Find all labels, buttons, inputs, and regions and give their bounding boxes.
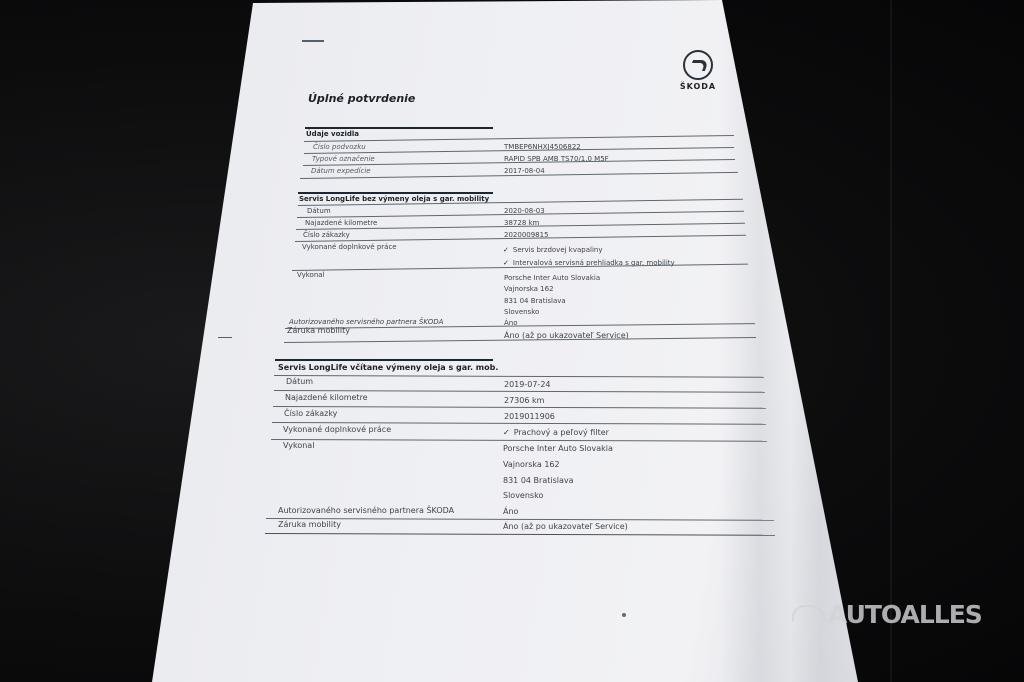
row-divider [274,375,764,378]
service-record-document: Úplné potvrdenie ŠKODA Údaje vozidla Čís… [0,0,1024,682]
extra-work-text: Servis brzdovej kvapaliny [513,246,603,254]
paper-spot [622,613,626,617]
skoda-winged-arrow-icon [683,50,713,80]
order-value: 2019011906 [504,412,555,421]
checkmark-icon: ✓ [503,246,509,254]
km-value: 27306 km [504,396,544,405]
performed-by-line: Porsche Inter Auto Slovakia [504,274,600,282]
fold-mark [218,337,232,338]
row-divider [273,406,766,409]
checkmark-icon: ✓ [503,428,510,437]
autoalles-watermark: AUTOALLES [792,600,982,629]
order-label: Číslo zákazky [284,409,337,418]
performed-by-label: Vykonal [297,271,325,279]
extra-work-item: ✓Prachový a peľový filter [503,428,609,437]
section-bar [305,127,493,129]
km-label: Najazdené kilometre [285,393,368,402]
performed-by-line: Porsche Inter Auto Slovakia [503,444,613,453]
performed-by-line: 831 04 Bratislava [504,297,566,305]
section-heading: Servis LongLife včítane výmeny oleja s g… [278,363,498,372]
partner-label: Autorizovaného servisného partnera ŠKODA [289,318,443,326]
date-label: Dátum [286,377,313,386]
mobility-label: Záruka mobility [287,326,350,335]
row-divider [265,533,775,536]
partner-label: Autorizovaného servisného partnera ŠKODA [278,506,454,515]
partner-value: Áno [503,507,518,516]
extra-work-item: ✓Servis brzdovej kvapaliny [503,246,603,254]
extra-work-label: Vykonané doplnkové práce [283,425,391,434]
performed-by-line: Vajnorska 162 [503,460,560,469]
vin-label: Číslo podvozku [313,143,366,151]
brand-name: ŠKODA [673,82,723,91]
performed-by-line: Slovensko [503,491,543,500]
dispatch-date-label: Dátum expedície [311,167,371,175]
section-heading: Údaje vozidla [306,130,359,138]
date-label: Dátum [307,207,331,215]
document-title: Úplné potvrdenie [308,92,415,105]
watermark-text: AUTOALLES [828,600,982,629]
car-outline-icon [792,605,826,621]
skoda-logo: ŠKODA [673,50,723,91]
margin-mark [302,40,324,42]
performed-by-line: Slovensko [504,308,539,316]
section-bar [298,192,493,194]
mobility-value: Áno (až po ukazovateľ Service) [503,522,628,531]
date-value: 2019-07-24 [504,380,551,389]
performed-by-label: Vykonal [283,441,314,450]
row-divider [266,518,774,521]
checkmark-icon: ✓ [503,259,509,267]
row-divider [304,135,734,142]
km-label: Najazdené kilometre [305,219,377,227]
extra-work-text: Prachový a peľový filter [514,428,609,437]
performed-by-line: 831 04 Bratislava [503,476,574,485]
performed-by-line: Vajnorska 162 [504,285,554,293]
extra-work-label: Vykonané doplnkové práce [302,243,397,251]
section-bar [275,359,493,361]
order-label: Číslo zákazky [303,231,350,239]
type-label: Typové označenie [312,155,375,163]
mobility-label: Záruka mobility [278,520,341,529]
row-divider [271,439,767,442]
